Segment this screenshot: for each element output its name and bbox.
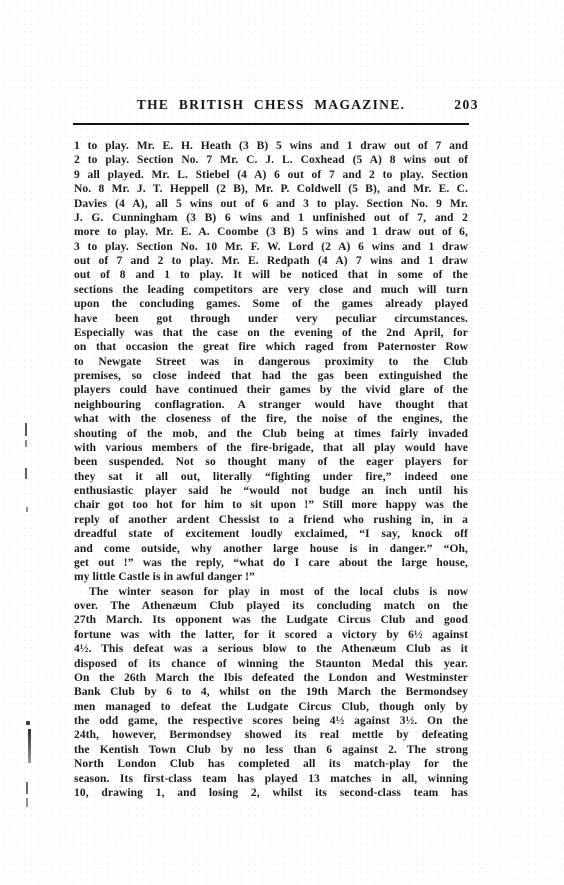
text-line: The winter season for play in most of th… — [74, 585, 468, 599]
article-body: 1 to play. Mr. E. H. Heath (3 B) 5 wins … — [74, 139, 468, 800]
text-line: players could have continued their games… — [74, 383, 468, 397]
text-line: have been got through under very peculia… — [74, 312, 468, 326]
margin-scan-mark — [26, 782, 28, 794]
text-line: my little Castle is in awful danger !” — [74, 570, 468, 584]
margin-scan-mark — [25, 423, 27, 436]
header-rule — [73, 123, 469, 125]
margin-scan-mark — [26, 721, 30, 725]
text-line: On the 26th March the Ibis defeated the … — [74, 671, 468, 685]
text-line: Davies (4 A), all 5 wins out of 6 and 3 … — [74, 197, 468, 211]
text-line: they sat it all out, literally “fighting… — [74, 470, 468, 484]
text-line: 3 to play. Section No. 10 Mr. F. W. Lord… — [74, 240, 468, 254]
text-line: dreadful state of excitement loudly excl… — [74, 527, 468, 541]
text-line: on that occasion the great fire which ra… — [74, 340, 468, 354]
page-header: THE BRITISH CHESS MAGAZINE. 203 — [74, 97, 468, 114]
text-line: more to play. Mr. E. A. Coombe (3 B) 5 w… — [74, 225, 468, 239]
text-line: and come outside, why another large hous… — [74, 542, 468, 556]
magazine-title: THE BRITISH CHESS MAGAZINE. — [74, 97, 468, 113]
text-line: 2 to play. Section No. 7 Mr. C. J. L. Co… — [74, 153, 468, 167]
text-line: season. Its first-class team has played … — [74, 772, 468, 786]
text-line: premises, so close indeed that had the g… — [74, 369, 468, 383]
text-line: with various members of the fire-brigade… — [74, 441, 468, 455]
margin-scan-mark — [26, 507, 28, 512]
text-line: out of 7 and 2 to play. Mr. E. Redpath (… — [74, 254, 468, 268]
text-line: to Newgate Street was in dangerous proxi… — [74, 355, 468, 369]
text-line: over. The Athenæum Club played its concl… — [74, 599, 468, 613]
text-line: disposed of its chance of winning the St… — [74, 657, 468, 671]
text-line: 1 to play. Mr. E. H. Heath (3 B) 5 wins … — [74, 139, 468, 153]
text-line: been suspended. Not so thought many of t… — [74, 455, 468, 469]
text-line: fortune was with the latter, for it scor… — [74, 628, 468, 642]
text-line: upon the concluding games. Some of the g… — [74, 297, 468, 311]
text-line: Bank Club by 6 to 4, whilst on the 19th … — [74, 685, 468, 699]
text-line: get out !” was the reply, “what do I car… — [74, 556, 468, 570]
text-line: 24th, however, Bermondsey showed its rea… — [74, 728, 468, 742]
text-line: men managed to defeat the Ludgate Circus… — [74, 700, 468, 714]
text-line: 9 all played. Mr. L. Stiebel (4 A) 6 out… — [74, 168, 468, 182]
text-line: sections the leading competitors are ver… — [74, 283, 468, 297]
text-line: J. G. Cunningham (3 B) 6 wins and 1 unfi… — [74, 211, 468, 225]
text-line: what with the closeness of the fire, the… — [74, 412, 468, 426]
text-line: out of 8 and 1 to play. It will be notic… — [74, 268, 468, 282]
text-line: 4½. This defeat was a serious blow to th… — [74, 642, 468, 656]
text-line: shouting of the mob, and the Club being … — [74, 427, 468, 441]
text-line: No. 8 Mr. J. T. Heppell (2 B), Mr. P. Co… — [74, 182, 468, 196]
margin-scan-mark — [28, 729, 31, 763]
text-line: the odd game, the respective scores bein… — [74, 714, 468, 728]
margin-scan-mark — [25, 468, 27, 479]
text-line: 10, drawing 1, and losing 2, whilst its … — [74, 786, 468, 800]
page-number: 203 — [454, 97, 479, 113]
margin-scan-mark — [25, 440, 27, 447]
text-line: the Kentish Town Club by no less than 6 … — [74, 743, 468, 757]
margin-scan-mark — [26, 798, 28, 807]
text-line: neighbouring conflagration. A stranger w… — [74, 398, 468, 412]
text-line: reply of another ardent Chessist to a fr… — [74, 513, 468, 527]
text-line: 27th March. Its opponent was the Ludgate… — [74, 613, 468, 627]
text-line: North London Club has completed all its … — [74, 757, 468, 771]
text-line: enthusiastic player said he “would not b… — [74, 484, 468, 498]
text-line: Especially was that the case on the even… — [74, 326, 468, 340]
text-line: chair got too hot for him to sit upon !”… — [74, 498, 468, 512]
